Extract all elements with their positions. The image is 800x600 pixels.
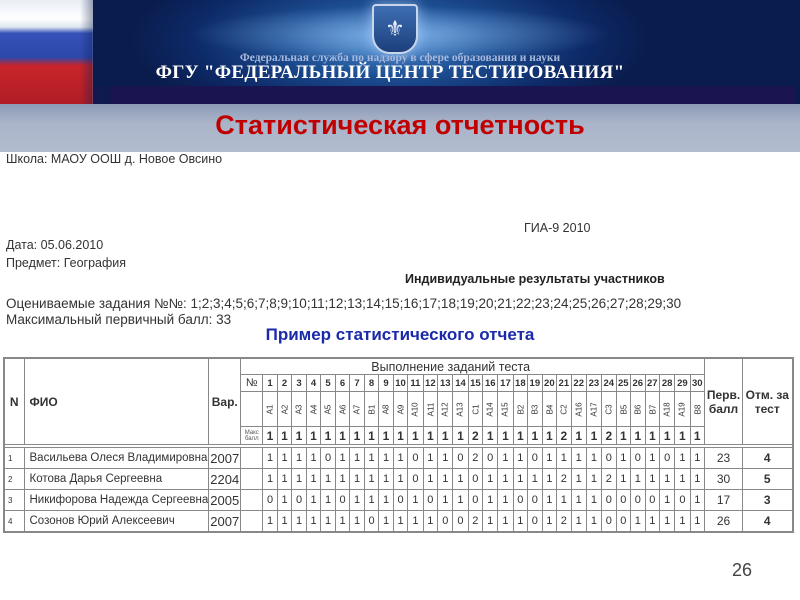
- task-code-text: A17: [589, 402, 598, 416]
- task-score: 1: [306, 490, 321, 511]
- task-score: 1: [453, 490, 468, 511]
- task-score: 1: [335, 511, 350, 533]
- task-code-text: A18: [663, 402, 672, 416]
- row-number: 4: [4, 511, 24, 533]
- task-code: A7: [350, 392, 365, 427]
- task-code-text: A1: [266, 402, 275, 416]
- task-code-text: A7: [353, 402, 362, 416]
- task-code: A12: [438, 392, 453, 427]
- col-header-fio: ФИО: [24, 358, 209, 445]
- task-score: 0: [631, 490, 646, 511]
- task-number: 15: [468, 375, 483, 392]
- task-max-score: 1: [542, 427, 557, 445]
- task-number: 16: [483, 375, 498, 392]
- task-number: 9: [379, 375, 394, 392]
- col-header-n: N: [4, 358, 24, 445]
- task-score: 1: [321, 469, 336, 490]
- task-score: 1: [542, 469, 557, 490]
- task-score: 1: [321, 511, 336, 533]
- participant-name: Никифорова Надежда Сергеевна: [24, 490, 209, 511]
- task-number: 8: [364, 375, 379, 392]
- task-code: A19: [675, 392, 690, 427]
- task-score: 0: [675, 490, 690, 511]
- primary-score: 30: [705, 469, 743, 490]
- variant: 2007: [209, 511, 241, 533]
- task-code-text: A10: [411, 402, 420, 416]
- task-code: C1: [468, 392, 483, 427]
- participant-name: Котова Дарья Сергеевна: [24, 469, 209, 490]
- task-score: 0: [321, 448, 336, 469]
- task-score: 0: [453, 448, 468, 469]
- task-max-score: 1: [586, 427, 601, 445]
- task-max-score: 1: [321, 427, 336, 445]
- task-score: 0: [528, 511, 543, 533]
- task-max-score: 1: [423, 427, 438, 445]
- participant-name: Созонов Юрий Алексеевич: [24, 511, 209, 533]
- task-score: 2: [468, 448, 483, 469]
- task-score: 2: [557, 511, 572, 533]
- russian-flag-image: [0, 0, 93, 104]
- task-code: A14: [483, 392, 498, 427]
- section-title: Индивидуальные результаты участников: [405, 272, 665, 286]
- task-code-text: B2: [516, 402, 525, 416]
- task-score: 1: [498, 469, 513, 490]
- task-score: 1: [675, 469, 690, 490]
- variant: 2005: [209, 490, 241, 511]
- task-code-text: C3: [604, 402, 613, 416]
- task-score: 1: [660, 490, 675, 511]
- task-score: 0: [602, 511, 617, 533]
- task-score: 0: [645, 490, 660, 511]
- variant: 2007: [209, 448, 241, 469]
- task-score: 0: [660, 448, 675, 469]
- task-score: 1: [631, 469, 646, 490]
- task-score: 0: [335, 490, 350, 511]
- test-mark: 5: [743, 469, 793, 490]
- task-score: 0: [483, 448, 498, 469]
- organization-name: ФГУ "ФЕДЕРАЛЬНЫЙ ЦЕНТР ТЕСТИРОВАНИЯ": [100, 62, 680, 84]
- task-score: 1: [306, 448, 321, 469]
- participant-name: Васильева Олеся Владимировна: [24, 448, 209, 469]
- task-score: 1: [379, 490, 394, 511]
- col-header-mark: Отм. за тест: [743, 358, 793, 445]
- task-score: 1: [483, 511, 498, 533]
- task-max-score: 1: [292, 427, 307, 445]
- task-score: 0: [453, 511, 468, 533]
- task-max-score: 1: [690, 427, 705, 445]
- task-score: 1: [408, 511, 423, 533]
- task-max-score: 1: [528, 427, 543, 445]
- task-score: 1: [350, 469, 365, 490]
- task-max-score: 2: [602, 427, 617, 445]
- task-code-text: A4: [309, 402, 318, 416]
- task-code-text: B7: [648, 402, 657, 416]
- task-max-score: 1: [631, 427, 646, 445]
- col-header-tasks-group: Выполнение заданий теста: [241, 358, 705, 375]
- task-code: A4: [306, 392, 321, 427]
- task-code-text: B5: [619, 402, 628, 416]
- table-row: 4Созонов Юрий Алексеевич2007111111101111…: [4, 511, 793, 533]
- task-score: 1: [528, 469, 543, 490]
- task-max-score: 1: [498, 427, 513, 445]
- task-score: 1: [438, 448, 453, 469]
- task-number: 21: [557, 375, 572, 392]
- task-score: 1: [453, 469, 468, 490]
- task-score: 1: [690, 469, 705, 490]
- task-score: 1: [660, 469, 675, 490]
- task-score: 1: [335, 469, 350, 490]
- table-row: 3Никифорова Надежда Сергеевна20050101101…: [4, 490, 793, 511]
- task-score: 1: [350, 448, 365, 469]
- exam-label: ГИА-9 2010: [524, 221, 591, 235]
- task-score: 1: [277, 490, 292, 511]
- task-code: B1: [364, 392, 379, 427]
- task-score: 1: [660, 511, 675, 533]
- task-code: C2: [557, 392, 572, 427]
- task-code: A1: [263, 392, 278, 427]
- task-score: 1: [586, 511, 601, 533]
- task-code: A8: [379, 392, 394, 427]
- task-number: 20: [542, 375, 557, 392]
- task-number: 13: [438, 375, 453, 392]
- school-label: Школа: МАОУ ООШ д. Новое Овсино: [6, 152, 222, 166]
- task-code-text: A6: [338, 402, 347, 416]
- task-number: 25: [616, 375, 631, 392]
- task-score: 0: [513, 490, 528, 511]
- task-score: 1: [616, 469, 631, 490]
- task-score: 1: [616, 448, 631, 469]
- task-number: 23: [586, 375, 601, 392]
- task-score: 2: [468, 511, 483, 533]
- task-score: 1: [571, 490, 586, 511]
- task-number: 5: [321, 375, 336, 392]
- table-row: 1Васильева Олеся Владимировна20071111011…: [4, 448, 793, 469]
- task-code: A18: [660, 392, 675, 427]
- task-max-score: 1: [306, 427, 321, 445]
- subject-label: Предмет: География: [6, 256, 126, 270]
- task-score: 1: [513, 469, 528, 490]
- task-code-blank: [241, 392, 263, 427]
- primary-score: 17: [705, 490, 743, 511]
- task-score: 1: [557, 448, 572, 469]
- task-score: 0: [292, 490, 307, 511]
- task-code-text: A13: [456, 402, 465, 416]
- task-score: 0: [393, 490, 408, 511]
- task-code-text: A15: [501, 402, 510, 416]
- primary-score: 23: [705, 448, 743, 469]
- task-max-score: 1: [616, 427, 631, 445]
- test-mark: 4: [743, 448, 793, 469]
- task-number: 14: [453, 375, 468, 392]
- task-code: B7: [645, 392, 660, 427]
- task-code-text: A8: [382, 402, 391, 416]
- task-number: 17: [498, 375, 513, 392]
- task-code-text: B4: [545, 402, 554, 416]
- task-score: 1: [690, 448, 705, 469]
- task-score: 1: [292, 511, 307, 533]
- task-number: 18: [513, 375, 528, 392]
- task-score: 1: [645, 511, 660, 533]
- task-code: B4: [542, 392, 557, 427]
- task-max-score: 1: [571, 427, 586, 445]
- task-number: 7: [350, 375, 365, 392]
- task-number: 22: [571, 375, 586, 392]
- row-number: 3: [4, 490, 24, 511]
- task-number: 1: [263, 375, 278, 392]
- task-score: 1: [483, 490, 498, 511]
- max-score-row-label: Макс балл: [241, 427, 263, 445]
- task-score: 1: [571, 448, 586, 469]
- task-code-text: A9: [396, 402, 405, 416]
- task-code: B5: [616, 392, 631, 427]
- task-max-score: 1: [379, 427, 394, 445]
- task-max-score: 1: [645, 427, 660, 445]
- task-score: 1: [379, 511, 394, 533]
- task-code: A10: [408, 392, 423, 427]
- task-score: 0: [468, 469, 483, 490]
- task-score: 1: [306, 469, 321, 490]
- blank-cell: [241, 490, 263, 511]
- task-number: 12: [423, 375, 438, 392]
- task-score: 1: [364, 469, 379, 490]
- task-score: 1: [542, 490, 557, 511]
- header-banner: ⚜ Федеральная служба по надзору в сфере …: [0, 0, 800, 104]
- table-row: 2Котова Дарья Сергеевна22041111111111011…: [4, 469, 793, 490]
- row-number: 2: [4, 469, 24, 490]
- task-score: 1: [645, 469, 660, 490]
- task-score: 1: [586, 469, 601, 490]
- task-score: 2: [602, 469, 617, 490]
- task-max-score: 2: [468, 427, 483, 445]
- task-score: 0: [616, 511, 631, 533]
- task-code-text: A3: [295, 402, 304, 416]
- task-max-score: 1: [483, 427, 498, 445]
- task-number: 26: [631, 375, 646, 392]
- task-score: 1: [408, 490, 423, 511]
- task-score: 1: [263, 448, 278, 469]
- task-score: 0: [423, 490, 438, 511]
- task-score: 1: [438, 469, 453, 490]
- task-max-score: 1: [453, 427, 468, 445]
- task-score: 1: [542, 448, 557, 469]
- task-score: 1: [675, 511, 690, 533]
- task-score: 1: [379, 469, 394, 490]
- coat-of-arms-icon: ⚜: [372, 4, 418, 54]
- task-code-text: A14: [486, 402, 495, 416]
- task-max-score: 1: [438, 427, 453, 445]
- task-score: 1: [364, 490, 379, 511]
- task-max-score: 1: [675, 427, 690, 445]
- task-code-text: C1: [471, 402, 480, 416]
- assessed-tasks: Оцениваемые задания №№: 1;2;3;4;5;6;7;8;…: [6, 296, 681, 311]
- task-score: 1: [379, 448, 394, 469]
- task-code-text: A19: [678, 402, 687, 416]
- task-code: A5: [321, 392, 336, 427]
- task-score: 1: [350, 511, 365, 533]
- task-score: 0: [528, 490, 543, 511]
- task-code-text: B8: [693, 402, 702, 416]
- task-score: 1: [350, 490, 365, 511]
- task-score: 1: [586, 490, 601, 511]
- task-score: 1: [498, 448, 513, 469]
- primary-score: 26: [705, 511, 743, 533]
- task-score: 0: [408, 448, 423, 469]
- col-header-variant: Вар.: [209, 358, 241, 445]
- task-score: 1: [571, 511, 586, 533]
- task-max-score: 1: [335, 427, 350, 445]
- task-score: 1: [513, 448, 528, 469]
- task-score: 1: [393, 469, 408, 490]
- task-number: 6: [335, 375, 350, 392]
- task-code: A16: [571, 392, 586, 427]
- task-code: A9: [393, 392, 408, 427]
- blank-cell: [241, 511, 263, 533]
- task-max-score: 2: [557, 427, 572, 445]
- task-score: 1: [292, 448, 307, 469]
- task-score: 1: [423, 511, 438, 533]
- task-score: 1: [438, 490, 453, 511]
- test-mark: 4: [743, 511, 793, 533]
- task-code-text: B3: [530, 402, 539, 416]
- task-score: 1: [675, 448, 690, 469]
- task-score: 1: [423, 469, 438, 490]
- task-code: B6: [631, 392, 646, 427]
- task-score: 0: [364, 511, 379, 533]
- task-score: 1: [498, 490, 513, 511]
- task-code: C3: [602, 392, 617, 427]
- task-score: 1: [263, 469, 278, 490]
- date-label: Дата: 05.06.2010: [6, 238, 103, 252]
- task-score: 1: [483, 469, 498, 490]
- task-score: 1: [335, 448, 350, 469]
- task-score: 1: [542, 511, 557, 533]
- task-score: 0: [602, 448, 617, 469]
- task-code: B8: [690, 392, 705, 427]
- task-score: 0: [468, 490, 483, 511]
- task-code: A3: [292, 392, 307, 427]
- task-score: 1: [277, 511, 292, 533]
- task-number: 3: [292, 375, 307, 392]
- task-code: B3: [528, 392, 543, 427]
- banner-band: [90, 86, 795, 104]
- task-score: 1: [631, 511, 646, 533]
- task-score: 1: [690, 490, 705, 511]
- task-max-score: 1: [408, 427, 423, 445]
- task-max-score: 1: [364, 427, 379, 445]
- task-score: 0: [631, 448, 646, 469]
- page-number: 26: [732, 560, 752, 581]
- blank-cell: [241, 469, 263, 490]
- task-score: 1: [571, 469, 586, 490]
- task-code: B2: [513, 392, 528, 427]
- task-score: 1: [277, 448, 292, 469]
- task-score: 1: [393, 448, 408, 469]
- task-score: 1: [690, 511, 705, 533]
- task-code-text: A5: [324, 402, 333, 416]
- task-score: 1: [393, 511, 408, 533]
- task-number: 27: [645, 375, 660, 392]
- task-score: 1: [586, 448, 601, 469]
- task-score: 0: [438, 511, 453, 533]
- slide-title: Статистическая отчетность: [0, 110, 800, 141]
- task-code: A11: [423, 392, 438, 427]
- task-score: 1: [645, 448, 660, 469]
- task-code-text: A12: [441, 402, 450, 416]
- task-score: 1: [498, 511, 513, 533]
- task-score: 0: [602, 490, 617, 511]
- task-code-text: B1: [367, 402, 376, 416]
- task-code-text: A11: [426, 402, 435, 416]
- task-number: 30: [690, 375, 705, 392]
- blank-cell: [241, 448, 263, 469]
- col-header-primary-score: Перв. балл: [705, 358, 743, 445]
- task-code: A6: [335, 392, 350, 427]
- task-max-score: 1: [263, 427, 278, 445]
- task-score: 1: [321, 490, 336, 511]
- variant: 2204: [209, 469, 241, 490]
- task-score: 1: [277, 469, 292, 490]
- task-score: 1: [306, 511, 321, 533]
- task-code-text: C2: [559, 402, 568, 416]
- task-number: 11: [408, 375, 423, 392]
- task-number: 4: [306, 375, 321, 392]
- task-max-score: 1: [393, 427, 408, 445]
- task-score: 1: [557, 490, 572, 511]
- task-number: 29: [675, 375, 690, 392]
- task-code: A13: [453, 392, 468, 427]
- task-score: 1: [364, 448, 379, 469]
- task-score: 1: [513, 511, 528, 533]
- task-score: 2: [557, 469, 572, 490]
- results-table: N ФИО Вар. Выполнение заданий теста Перв…: [3, 357, 794, 533]
- task-number: 19: [528, 375, 543, 392]
- task-code: A2: [277, 392, 292, 427]
- task-max-score: 1: [513, 427, 528, 445]
- task-score: 0: [408, 469, 423, 490]
- task-number: 2: [277, 375, 292, 392]
- task-max-score: 1: [660, 427, 675, 445]
- task-number: 10: [393, 375, 408, 392]
- task-score: 1: [292, 469, 307, 490]
- task-score: 0: [263, 490, 278, 511]
- task-score: 0: [528, 448, 543, 469]
- task-code-text: A2: [280, 402, 289, 416]
- test-mark: 3: [743, 490, 793, 511]
- task-score: 1: [423, 448, 438, 469]
- task-max-score: 1: [277, 427, 292, 445]
- task-code-text: A16: [574, 402, 583, 416]
- slide-subtitle: Пример статистического отчета: [0, 325, 800, 345]
- row-number: 1: [4, 448, 24, 469]
- task-code: A17: [586, 392, 601, 427]
- task-max-score: 1: [350, 427, 365, 445]
- task-number: 28: [660, 375, 675, 392]
- task-code-text: B6: [633, 402, 642, 416]
- task-score: 1: [263, 511, 278, 533]
- task-code: A15: [498, 392, 513, 427]
- task-number: 24: [602, 375, 617, 392]
- task-number-label: №: [241, 375, 263, 392]
- task-score: 0: [616, 490, 631, 511]
